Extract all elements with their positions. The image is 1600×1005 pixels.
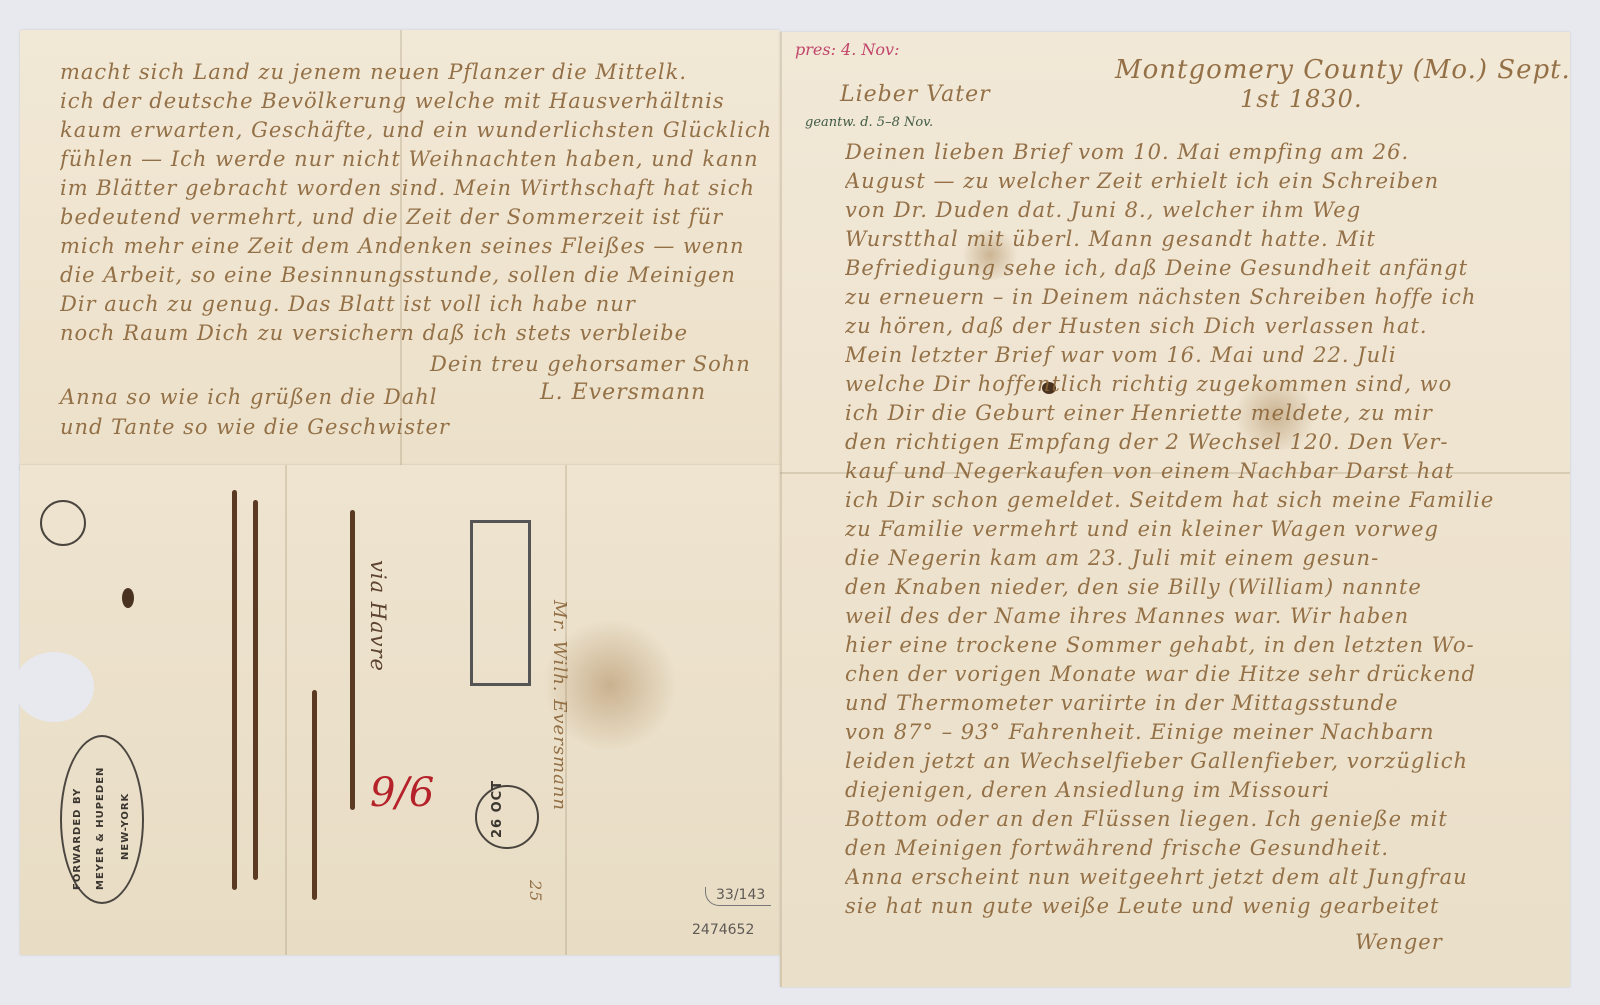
right-body-line: ich Dir die Geburt einer Henriette melde… [845,401,1433,425]
right-body-line: Mein letzter Brief war vom 16. Mai und 2… [845,343,1397,367]
strike-line [232,490,237,890]
right-body-line: den richtigen Empfang der 2 Wechsel 120.… [845,430,1448,454]
right-body-line: weil des der Name ihres Mannes war. Wir … [845,604,1409,628]
round-date-postmark [475,785,539,849]
right-body-line: die Negerin kam am 23. Juli mit einem ge… [845,546,1379,570]
address-name: Mr. Wilh. Eversmann [549,600,570,811]
forwarding-stamp-line3: NEW-YORK [120,793,131,860]
left-body-line: mich mehr eine Zeit dem Andenken seines … [60,234,744,258]
right-body-line: Befriedigung sehe ich, daß Deine Gesundh… [845,256,1468,280]
postmark-date: 26 OCT [490,780,505,838]
left-signature: L. Eversmann [540,380,706,405]
right-body-line: Deinen lieben Brief vom 10. Mai empfing … [845,140,1409,164]
left-body-line: noch Raum Dich zu versichern daß ich ste… [60,321,688,345]
left-body-line: Dir auch zu genug. Das Blatt ist voll ic… [60,292,636,316]
postscript-line-1: Anna so wie ich grüßen die Dahl [60,385,438,409]
right-body-line: ich Dir schon gemeldet. Seitdem hat sich… [845,488,1494,512]
right-body-line: welche Dir hoffentlich richtig zugekomme… [845,372,1452,396]
right-body-line: zu Familie vermehrt und ein kleiner Wage… [845,517,1439,541]
red-rate-mark: 9/6 [370,770,434,816]
right-body-line: chen der vorigen Monate war die Hitze se… [845,662,1476,686]
right-body-line: hier eine trockene Sommer gehabt, in den… [845,633,1475,657]
address-via-havre: via Havre [366,560,390,672]
received-annotation: pres: 4. Nov: [795,40,899,59]
right-signature: Wenger [1355,930,1443,954]
right-body-line: Wurstthal mit überl. Mann gesandt hatte.… [845,227,1376,251]
archive-circled-number: 33/143 [705,887,771,906]
left-body-line: kaum erwarten, Geschäfte, und ein wunder… [60,118,770,142]
right-body-line: und Thermometer variirte in der Mittagss… [845,691,1399,715]
strike-line [350,510,355,810]
right-body-line: Anna erscheint nun weitgeehrt jetzt dem … [845,865,1468,889]
left-body-line: bedeutend vermehrt, und die Zeit der Som… [60,205,723,229]
salutation: Lieber Vater [840,82,991,107]
right-body-line: von Dr. Duden dat. Juni 8., welcher ihm … [845,198,1361,222]
right-body-line: zu hören, daß der Husten sich Dich verla… [845,314,1428,338]
place-line: Montgomery County (Mo.) Sept. [1115,55,1571,85]
right-body-line: den Knaben nieder, den sie Billy (Willia… [845,575,1422,599]
right-body-line: August — zu welcher Zeit erhielt ich ein… [845,169,1439,193]
right-body-line: diejenigen, deren Ansiedlung im Missouri [845,778,1330,802]
right-body-line: von 87° – 93° Fahrenheit. Einige meiner … [845,720,1435,744]
archive-number: 2474652 [692,922,754,938]
postscript-line-2: und Tante so wie die Geschwister [60,415,450,439]
right-body-line: den Meinigen fortwährend frische Gesundh… [845,836,1389,860]
forwarding-stamp-line1: FORWARDED BY [72,788,83,890]
fold-line [285,465,287,955]
left-body-line: im Blätter gebracht worden sind. Mein Wi… [60,176,755,200]
strike-line [312,690,317,900]
left-body-line: die Arbeit, so eine Besinnungsstunde, so… [60,263,736,287]
left-body-line: macht sich Land zu jenem neuen Pflanzer … [60,60,687,84]
forwarding-stamp-line2: MEYER & HUPEDEN [95,767,106,890]
round-postmark-left [40,500,86,546]
right-body-line: sie hat nun gute weiße Leute und wenig g… [845,894,1439,918]
strike-line [253,500,258,880]
fold-line [780,32,782,987]
boxed-transit-stamp [470,520,531,686]
postal-number: 25 [526,880,545,902]
right-body-line: zu erneuern – in Deinem nächsten Schreib… [845,285,1476,309]
left-body-line: fühlen — Ich werde nur nicht Weihnachten… [60,147,759,171]
ink-blot [122,588,134,608]
left-body-line: ich der deutsche Bevölkerung welche mit … [60,89,725,113]
closing-line: Dein treu gehorsamer Sohn [430,352,751,376]
right-body-line: Bottom oder an den Flüssen liegen. Ich g… [845,807,1448,831]
right-body-line: leiden jetzt an Wechselfieber Gallenfieb… [845,749,1468,773]
answered-annotation: geantw. d. 5–8 Nov. [805,115,933,130]
seal-tear [14,652,94,722]
right-body-line: kauf und Negerkaufen von einem Nachbar D… [845,459,1454,483]
date-line: 1st 1830. [1240,85,1363,113]
